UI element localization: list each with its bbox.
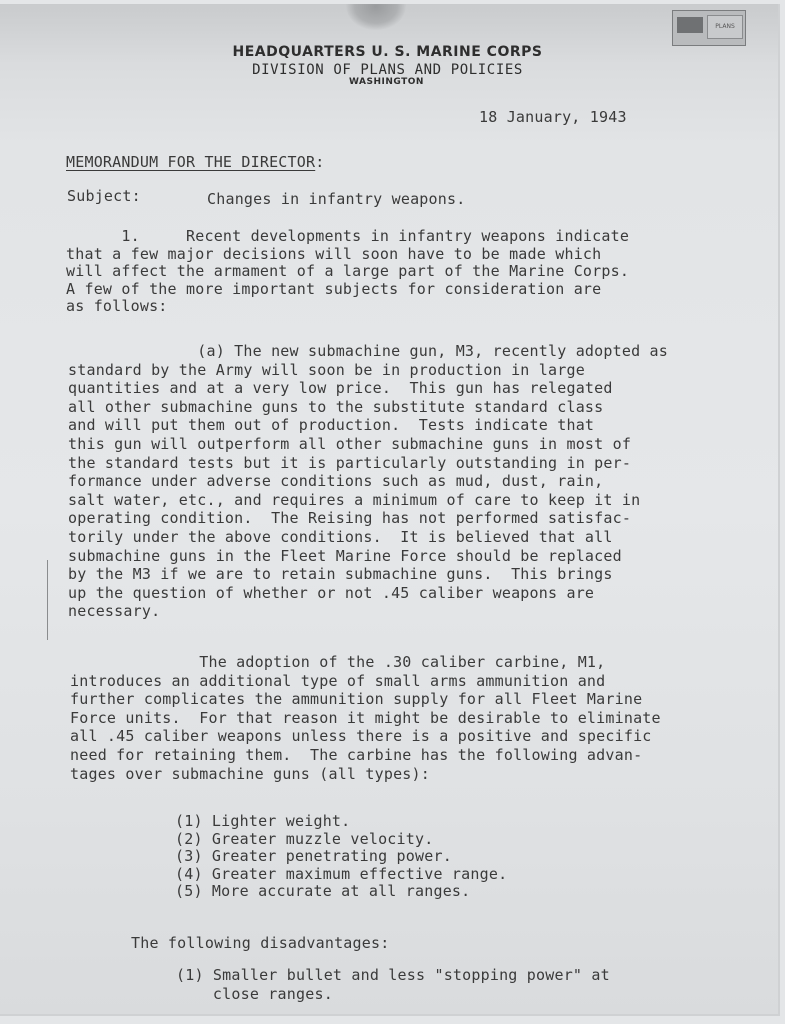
list-item: (2) Greater muzzle velocity. bbox=[175, 831, 507, 849]
paragraph-line: Force units. For that reason it might be… bbox=[70, 709, 661, 728]
paragraph-line: all other submachine guns to the substit… bbox=[68, 398, 668, 417]
paragraph-line: operating condition. The Reising has not… bbox=[68, 509, 668, 528]
letterhead-division: DIVISION OF PLANS AND POLICIES bbox=[0, 62, 780, 78]
letterhead-city: WASHINGTON bbox=[0, 77, 779, 87]
paragraph-line: and will put them out of production. Tes… bbox=[68, 416, 668, 435]
paragraph-line: necessary. bbox=[68, 602, 668, 621]
paragraph-line: need for retaining them. The carbine has… bbox=[70, 746, 661, 765]
paragraph-line: The adoption of the .30 caliber carbine,… bbox=[70, 653, 661, 672]
paragraph-line: salt water, etc., and requires a minimum… bbox=[68, 491, 668, 510]
paragraph-line: quantities and at a very low price. This… bbox=[68, 379, 668, 398]
paragraph-1: 1. Recent developments in infantry weapo… bbox=[66, 228, 629, 316]
list-item: (4) Greater maximum effective range. bbox=[175, 866, 507, 884]
subject-text: Changes in infantry weapons. bbox=[207, 190, 465, 208]
paragraph-line: as follows: bbox=[66, 298, 629, 316]
paragraph-line: standard by the Army will soon be in pro… bbox=[68, 361, 668, 380]
advantages-list: (1) Lighter weight.(2) Greater muzzle ve… bbox=[175, 813, 507, 901]
memo-date: 18 January, 1943 bbox=[479, 108, 627, 126]
paragraph-line: tages over submachine guns (all types): bbox=[70, 765, 661, 784]
paragraph-line: further complicates the ammunition suppl… bbox=[70, 690, 661, 709]
list-item: (3) Greater penetrating power. bbox=[175, 848, 507, 866]
paragraph-line: formance under adverse conditions such a… bbox=[68, 472, 668, 491]
paragraph-line: the standard tests but it is particularl… bbox=[68, 454, 668, 473]
list-item: (1) Smaller bullet and less "stopping po… bbox=[176, 966, 610, 985]
paragraph-line: A few of the more important subjects for… bbox=[66, 281, 629, 299]
paragraph-carbine: The adoption of the .30 caliber carbine,… bbox=[70, 653, 661, 783]
paragraph-line: submachine guns in the Fleet Marine Forc… bbox=[68, 547, 668, 566]
letterhead-title: HEADQUARTERS U. S. MARINE CORPS bbox=[0, 44, 780, 60]
margin-mark bbox=[47, 560, 48, 640]
memo-heading-text: MEMORANDUM FOR THE DIRECTOR bbox=[66, 153, 315, 171]
paragraph-line: torily under the above conditions. It is… bbox=[68, 528, 668, 547]
stamp-icon: PLANS bbox=[672, 10, 746, 46]
paragraph-line: (a) The new submachine gun, M3, recently… bbox=[68, 342, 668, 361]
disadvantages-heading: The following disadvantages: bbox=[131, 934, 389, 952]
paragraph-a: (a) The new submachine gun, M3, recently… bbox=[68, 342, 668, 621]
paragraph-line: introduces an additional type of small a… bbox=[70, 672, 661, 691]
paragraph-line: all .45 caliber weapons unless there is … bbox=[70, 727, 661, 746]
paragraph-line: that a few major decisions will soon hav… bbox=[66, 246, 629, 264]
disadvantages-list: (1) Smaller bullet and less "stopping po… bbox=[176, 966, 610, 1004]
paragraph-line: will affect the armament of a large part… bbox=[66, 263, 629, 281]
memo-heading-colon: : bbox=[315, 153, 324, 171]
list-item: (5) More accurate at all ranges. bbox=[175, 883, 507, 901]
list-item: (1) Lighter weight. bbox=[175, 813, 507, 831]
paragraph-line: by the M3 if we are to retain submachine… bbox=[68, 565, 668, 584]
list-item: close ranges. bbox=[176, 985, 610, 1004]
paragraph-line: 1. Recent developments in infantry weapo… bbox=[66, 228, 629, 246]
paragraph-line: this gun will outperform all other subma… bbox=[68, 435, 668, 454]
paragraph-line: up the question of whether or not .45 ca… bbox=[68, 584, 668, 603]
subject-label: Subject: bbox=[67, 187, 141, 205]
stamp-mark bbox=[677, 17, 703, 33]
memo-heading: MEMORANDUM FOR THE DIRECTOR: bbox=[66, 153, 324, 171]
stamp-label: PLANS bbox=[707, 15, 743, 39]
